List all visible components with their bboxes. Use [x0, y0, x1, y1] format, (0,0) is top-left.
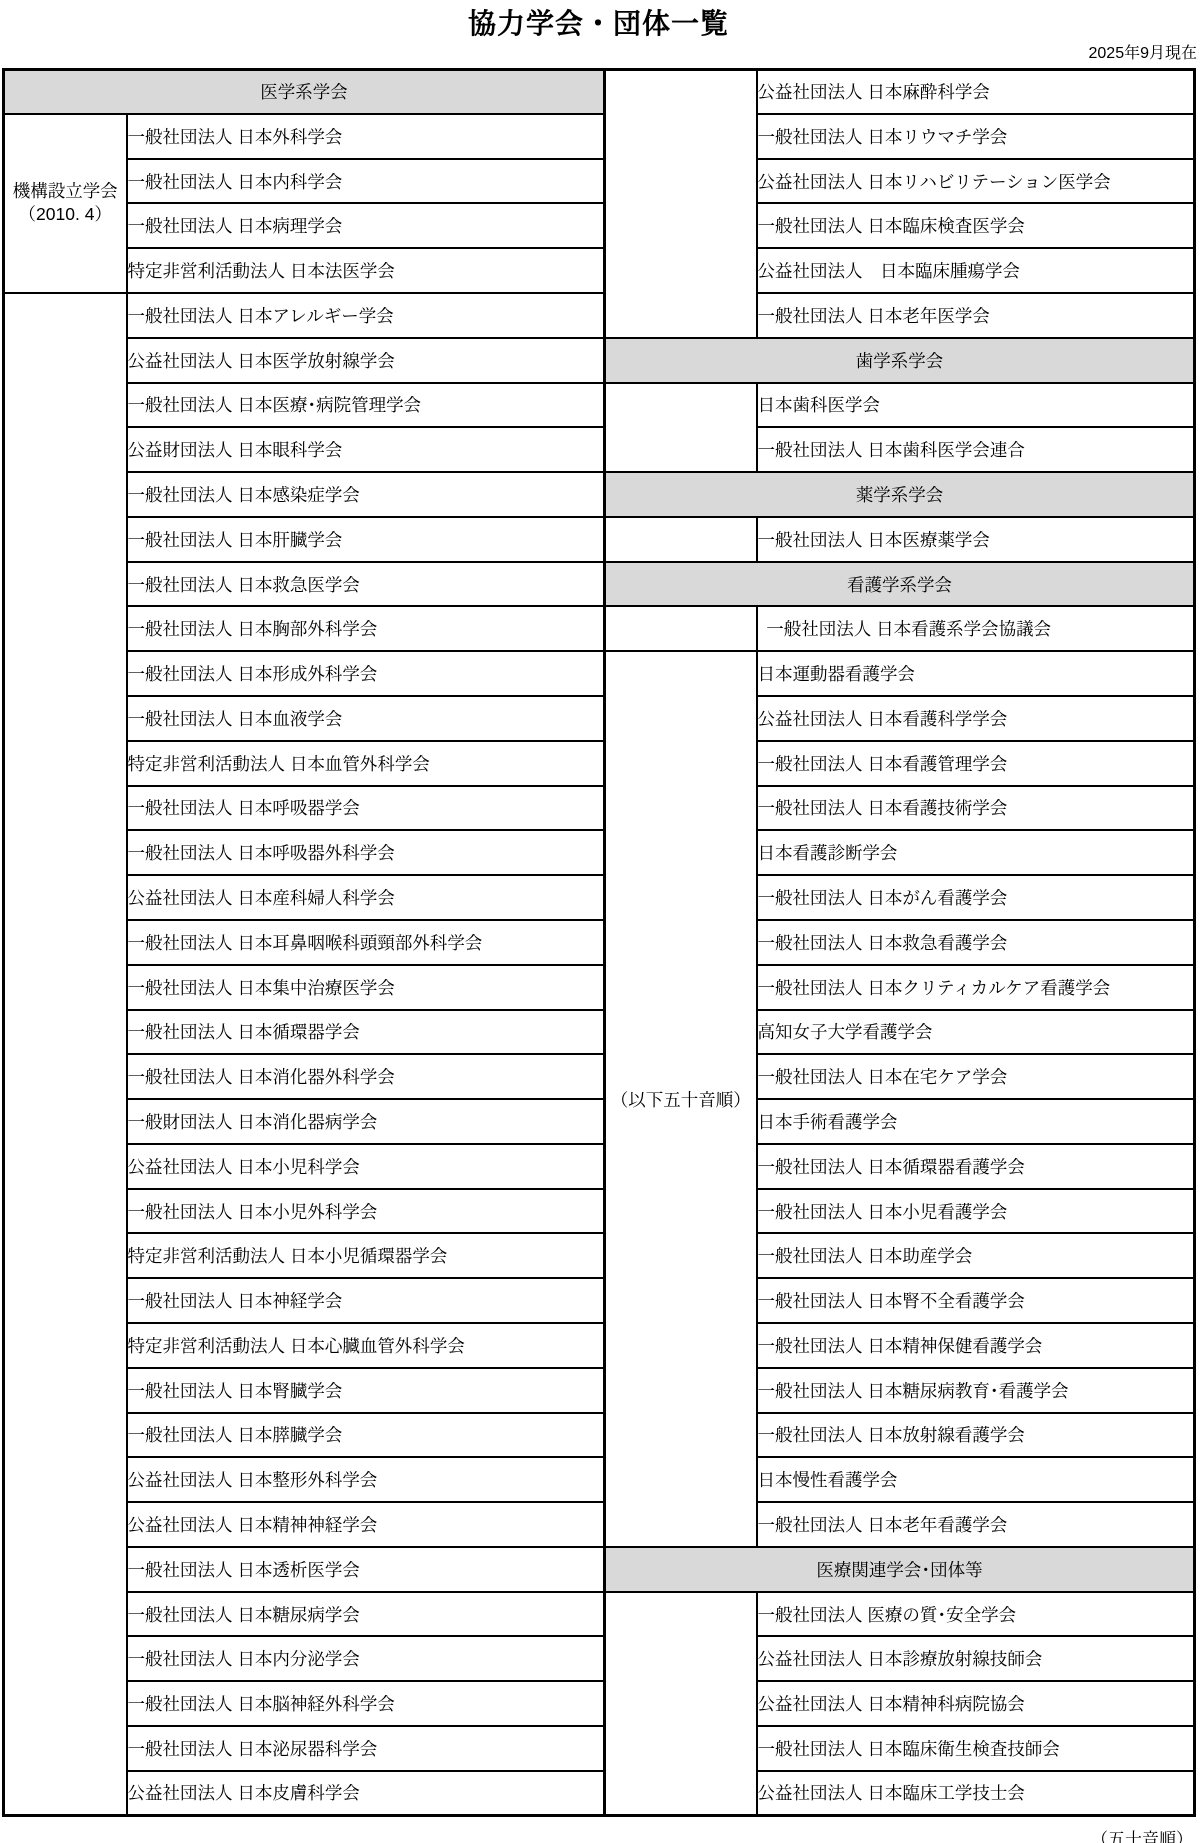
table-row: 一般社団法人 日本形成外科学会 （以下五十音順） 日本運動器看護学会 [4, 651, 1195, 696]
society-cell: 一般社団法人 日本老年医学会 [757, 293, 1195, 338]
society-cell: 公益社団法人 日本小児科学会 [127, 1144, 605, 1189]
society-cell: 一般社団法人 日本膵臓学会 [127, 1413, 605, 1458]
table-row: 一般社団法人 日本腎臓学会 一般社団法人 日本糖尿病教育･看護学会 [4, 1368, 1195, 1413]
society-cell: 一般社団法人 日本病理学会 [127, 203, 605, 248]
table-row: 一般社団法人 日本肝臓学会 一般社団法人 日本医療薬学会 [4, 517, 1195, 562]
society-cell: 一般社団法人 日本リウマチ学会 [757, 114, 1195, 159]
society-cell: 一般社団法人 日本神経学会 [127, 1278, 605, 1323]
table-row: 一般社団法人 日本胸部外科学会 一般社団法人 日本看護系学会協議会 [4, 606, 1195, 651]
spacer-cell [605, 606, 757, 651]
society-cell: 一般社団法人 日本泌尿器科学会 [127, 1726, 605, 1771]
society-cell: 特定非営利活動法人 日本心臓血管外科学会 [127, 1323, 605, 1368]
table-row: 医学系学会 公益社団法人 日本麻酔科学会 [4, 69, 1195, 114]
society-cell: 一般社団法人 日本精神保健看護学会 [757, 1323, 1195, 1368]
society-cell: 一般社団法人 日本消化器外科学会 [127, 1054, 605, 1099]
society-cell: 一般社団法人 日本救急看護学会 [757, 920, 1195, 965]
order-footnote: （五十音順） [0, 1825, 1193, 1843]
society-cell: 公益社団法人 日本整形外科学会 [127, 1457, 605, 1502]
table-row: 一般社団法人 日本呼吸器学会 一般社団法人 日本看護技術学会 [4, 786, 1195, 831]
society-cell: 一般社団法人 日本クリティカルケア看護学会 [757, 965, 1195, 1010]
spacer-cell [4, 293, 127, 1816]
table-row: 一般社団法人 日本血液学会 公益社団法人 日本看護科学学会 [4, 696, 1195, 741]
order-note-cell: （以下五十音順） [605, 651, 757, 1547]
society-cell: 一般社団法人 日本呼吸器学会 [127, 786, 605, 831]
table-row: 公益社団法人 日本医学放射線学会 歯学系学会 [4, 338, 1195, 383]
section-header-nursing: 看護学系学会 [605, 562, 1195, 607]
society-cell: 一般社団法人 日本放射線看護学会 [757, 1413, 1195, 1458]
society-cell: 一般社団法人 日本歯科医学会連合 [757, 427, 1195, 472]
society-cell: 公益社団法人 日本精神科病院協会 [757, 1681, 1195, 1726]
table-row: 公益社団法人 日本精神神経学会 一般社団法人 日本老年看護学会 [4, 1502, 1195, 1547]
section-header-related: 医療関連学会･団体等 [605, 1547, 1195, 1592]
society-cell: 公益社団法人 日本診療放射線技師会 [757, 1636, 1195, 1681]
society-cell: 日本慢性看護学会 [757, 1457, 1195, 1502]
spacer-cell [605, 517, 757, 562]
founder-date: （2010. 4） [19, 204, 112, 224]
society-cell: 一般社団法人 日本耳鼻咽喉科頭頸部外科学会 [127, 920, 605, 965]
as-of-date: 2025年9月現在 [0, 43, 1197, 65]
spacer-cell [605, 69, 757, 338]
society-cell: 一般社団法人 日本看護技術学会 [757, 786, 1195, 831]
table-row: 一般社団法人 日本救急医学会 看護学系学会 [4, 562, 1195, 607]
society-cell: 公益社団法人 日本皮膚科学会 [127, 1771, 605, 1816]
society-cell: 公益財団法人 日本眼科学会 [127, 427, 605, 472]
society-cell: 一般社団法人 日本血液学会 [127, 696, 605, 741]
society-cell: 一般社団法人 日本看護系学会協議会 [757, 606, 1195, 651]
table-row: 一般社団法人 日本泌尿器科学会 一般社団法人 日本臨床衛生検査技師会 [4, 1726, 1195, 1771]
society-cell: 一般社団法人 日本臨床検査医学会 [757, 203, 1195, 248]
society-cell: 公益社団法人 日本産科婦人科学会 [127, 875, 605, 920]
table-row: 特定非営利活動法人 日本法医学会 公益社団法人 日本臨床腫瘍学会 [4, 248, 1195, 293]
society-cell: 一般社団法人 日本がん看護学会 [757, 875, 1195, 920]
table-row: 一般社団法人 日本神経学会 一般社団法人 日本腎不全看護学会 [4, 1278, 1195, 1323]
table-row: 一般社団法人 日本感染症学会 薬学系学会 [4, 472, 1195, 517]
society-cell: 一般社団法人 日本感染症学会 [127, 472, 605, 517]
society-cell: 公益社団法人 日本麻酔科学会 [757, 69, 1195, 114]
society-cell: 一般社団法人 日本腎不全看護学会 [757, 1278, 1195, 1323]
society-cell: 一般社団法人 日本老年看護学会 [757, 1502, 1195, 1547]
table-row: 公益社団法人 日本産科婦人科学会 一般社団法人 日本がん看護学会 [4, 875, 1195, 920]
society-cell: 高知女子大学看護学会 [757, 1010, 1195, 1055]
society-cell: 一般社団法人 日本看護管理学会 [757, 741, 1195, 786]
society-cell: 一般社団法人 日本肝臓学会 [127, 517, 605, 562]
society-cell: 一般財団法人 日本消化器病学会 [127, 1099, 605, 1144]
society-cell: 一般社団法人 日本小児外科学会 [127, 1189, 605, 1234]
society-cell: 一般社団法人 日本内科学会 [127, 159, 605, 204]
society-cell: 公益社団法人 日本精神神経学会 [127, 1502, 605, 1547]
founder-label: 機構設立学会 [13, 181, 118, 201]
table-row: 公益財団法人 日本眼科学会 一般社団法人 日本歯科医学会連合 [4, 427, 1195, 472]
society-cell: 特定非営利活動法人 日本血管外科学会 [127, 741, 605, 786]
society-cell: 一般社団法人 日本形成外科学会 [127, 651, 605, 696]
table-row: 一般社団法人 日本膵臓学会 一般社団法人 日本放射線看護学会 [4, 1413, 1195, 1458]
table-row: 一般社団法人 日本内科学会 公益社団法人 日本リハビリテーション医学会 [4, 159, 1195, 204]
society-cell: 一般社団法人 日本循環器学会 [127, 1010, 605, 1055]
table-row: 一般社団法人 日本耳鼻咽喉科頭頸部外科学会 一般社団法人 日本救急看護学会 [4, 920, 1195, 965]
table-row: 一般社団法人 日本透析医学会 医療関連学会･団体等 [4, 1547, 1195, 1592]
society-cell: 特定非営利活動法人 日本法医学会 [127, 248, 605, 293]
society-cell: 公益社団法人 日本リハビリテーション医学会 [757, 159, 1195, 204]
section-header-dental: 歯学系学会 [605, 338, 1195, 383]
section-header-pharmacy: 薬学系学会 [605, 472, 1195, 517]
society-cell: 一般社団法人 日本脳神経外科学会 [127, 1681, 605, 1726]
society-cell: 一般社団法人 日本胸部外科学会 [127, 606, 605, 651]
society-cell: 一般社団法人 日本在宅ケア学会 [757, 1054, 1195, 1099]
table-row: 一般社団法人 日本医療･病院管理学会 日本歯科医学会 [4, 383, 1195, 428]
table-row: 一般社団法人 日本糖尿病学会 一般社団法人 医療の質･安全学会 [4, 1592, 1195, 1637]
society-cell: 一般社団法人 日本集中治療医学会 [127, 965, 605, 1010]
society-cell: 一般社団法人 日本内分泌学会 [127, 1636, 605, 1681]
society-cell: 一般社団法人 日本呼吸器外科学会 [127, 830, 605, 875]
society-cell: 一般社団法人 日本腎臓学会 [127, 1368, 605, 1413]
table-row: 一般社団法人 日本内分泌学会 公益社団法人 日本診療放射線技師会 [4, 1636, 1195, 1681]
society-cell: 一般社団法人 日本循環器看護学会 [757, 1144, 1195, 1189]
founder-label-cell: 機構設立学会（2010. 4） [4, 114, 127, 293]
society-cell: 一般社団法人 日本外科学会 [127, 114, 605, 159]
society-cell: 一般社団法人 日本救急医学会 [127, 562, 605, 607]
table-row: 公益社団法人 日本整形外科学会 日本慢性看護学会 [4, 1457, 1195, 1502]
page-title: 協力学会・団体一覧 [2, 6, 1195, 41]
table-row: 特定非営利活動法人 日本小児循環器学会 一般社団法人 日本助産学会 [4, 1233, 1195, 1278]
table-row: 一般社団法人 日本脳神経外科学会 公益社団法人 日本精神科病院協会 [4, 1681, 1195, 1726]
table-row: 特定非営利活動法人 日本血管外科学会 一般社団法人 日本看護管理学会 [4, 741, 1195, 786]
society-cell: 日本看護診断学会 [757, 830, 1195, 875]
society-cell: 一般社団法人 日本臨床衛生検査技師会 [757, 1726, 1195, 1771]
table-row: 機構設立学会（2010. 4） 一般社団法人 日本外科学会 一般社団法人 日本リ… [4, 114, 1195, 159]
society-cell: 公益社団法人 日本医学放射線学会 [127, 338, 605, 383]
table-row: 一般社団法人 日本呼吸器外科学会 日本看護診断学会 [4, 830, 1195, 875]
society-cell: 一般社団法人 日本アレルギー学会 [127, 293, 605, 338]
society-cell: 日本歯科医学会 [757, 383, 1195, 428]
spacer-cell [605, 383, 757, 473]
table-row: 公益社団法人 日本小児科学会 一般社団法人 日本循環器看護学会 [4, 1144, 1195, 1189]
society-cell: 一般社団法人 医療の質･安全学会 [757, 1592, 1195, 1637]
table-row: 一般財団法人 日本消化器病学会 日本手術看護学会 [4, 1099, 1195, 1144]
society-cell: 公益社団法人 日本臨床腫瘍学会 [757, 248, 1195, 293]
table-row: 公益社団法人 日本皮膚科学会 公益社団法人 日本臨床工学技士会 [4, 1771, 1195, 1816]
society-cell: 日本手術看護学会 [757, 1099, 1195, 1144]
society-cell: 一般社団法人 日本医療･病院管理学会 [127, 383, 605, 428]
table-row: 一般社団法人 日本小児外科学会 一般社団法人 日本小児看護学会 [4, 1189, 1195, 1234]
table-row: 一般社団法人 日本病理学会 一般社団法人 日本臨床検査医学会 [4, 203, 1195, 248]
society-cell: 一般社団法人 日本医療薬学会 [757, 517, 1195, 562]
society-cell: 公益社団法人 日本臨床工学技士会 [757, 1771, 1195, 1816]
society-cell: 一般社団法人 日本透析医学会 [127, 1547, 605, 1592]
society-cell: 一般社団法人 日本助産学会 [757, 1233, 1195, 1278]
societies-table: 医学系学会 公益社団法人 日本麻酔科学会 機構設立学会（2010. 4） 一般社… [2, 68, 1196, 1817]
society-cell: 一般社団法人 日本糖尿病教育･看護学会 [757, 1368, 1195, 1413]
society-cell: 日本運動器看護学会 [757, 651, 1195, 696]
table-row: 特定非営利活動法人 日本心臓血管外科学会 一般社団法人 日本精神保健看護学会 [4, 1323, 1195, 1368]
table-row: 一般社団法人 日本集中治療医学会 一般社団法人 日本クリティカルケア看護学会 [4, 965, 1195, 1010]
table-row: 一般社団法人 日本消化器外科学会 一般社団法人 日本在宅ケア学会 [4, 1054, 1195, 1099]
society-cell: 特定非営利活動法人 日本小児循環器学会 [127, 1233, 605, 1278]
table-row: 一般社団法人 日本循環器学会 高知女子大学看護学会 [4, 1010, 1195, 1055]
society-cell: 一般社団法人 日本小児看護学会 [757, 1189, 1195, 1234]
spacer-cell [605, 1592, 757, 1816]
section-header-medical: 医学系学会 [4, 69, 605, 114]
society-cell: 一般社団法人 日本糖尿病学会 [127, 1592, 605, 1637]
table-row: 一般社団法人 日本アレルギー学会 一般社団法人 日本老年医学会 [4, 293, 1195, 338]
society-cell: 公益社団法人 日本看護科学学会 [757, 696, 1195, 741]
